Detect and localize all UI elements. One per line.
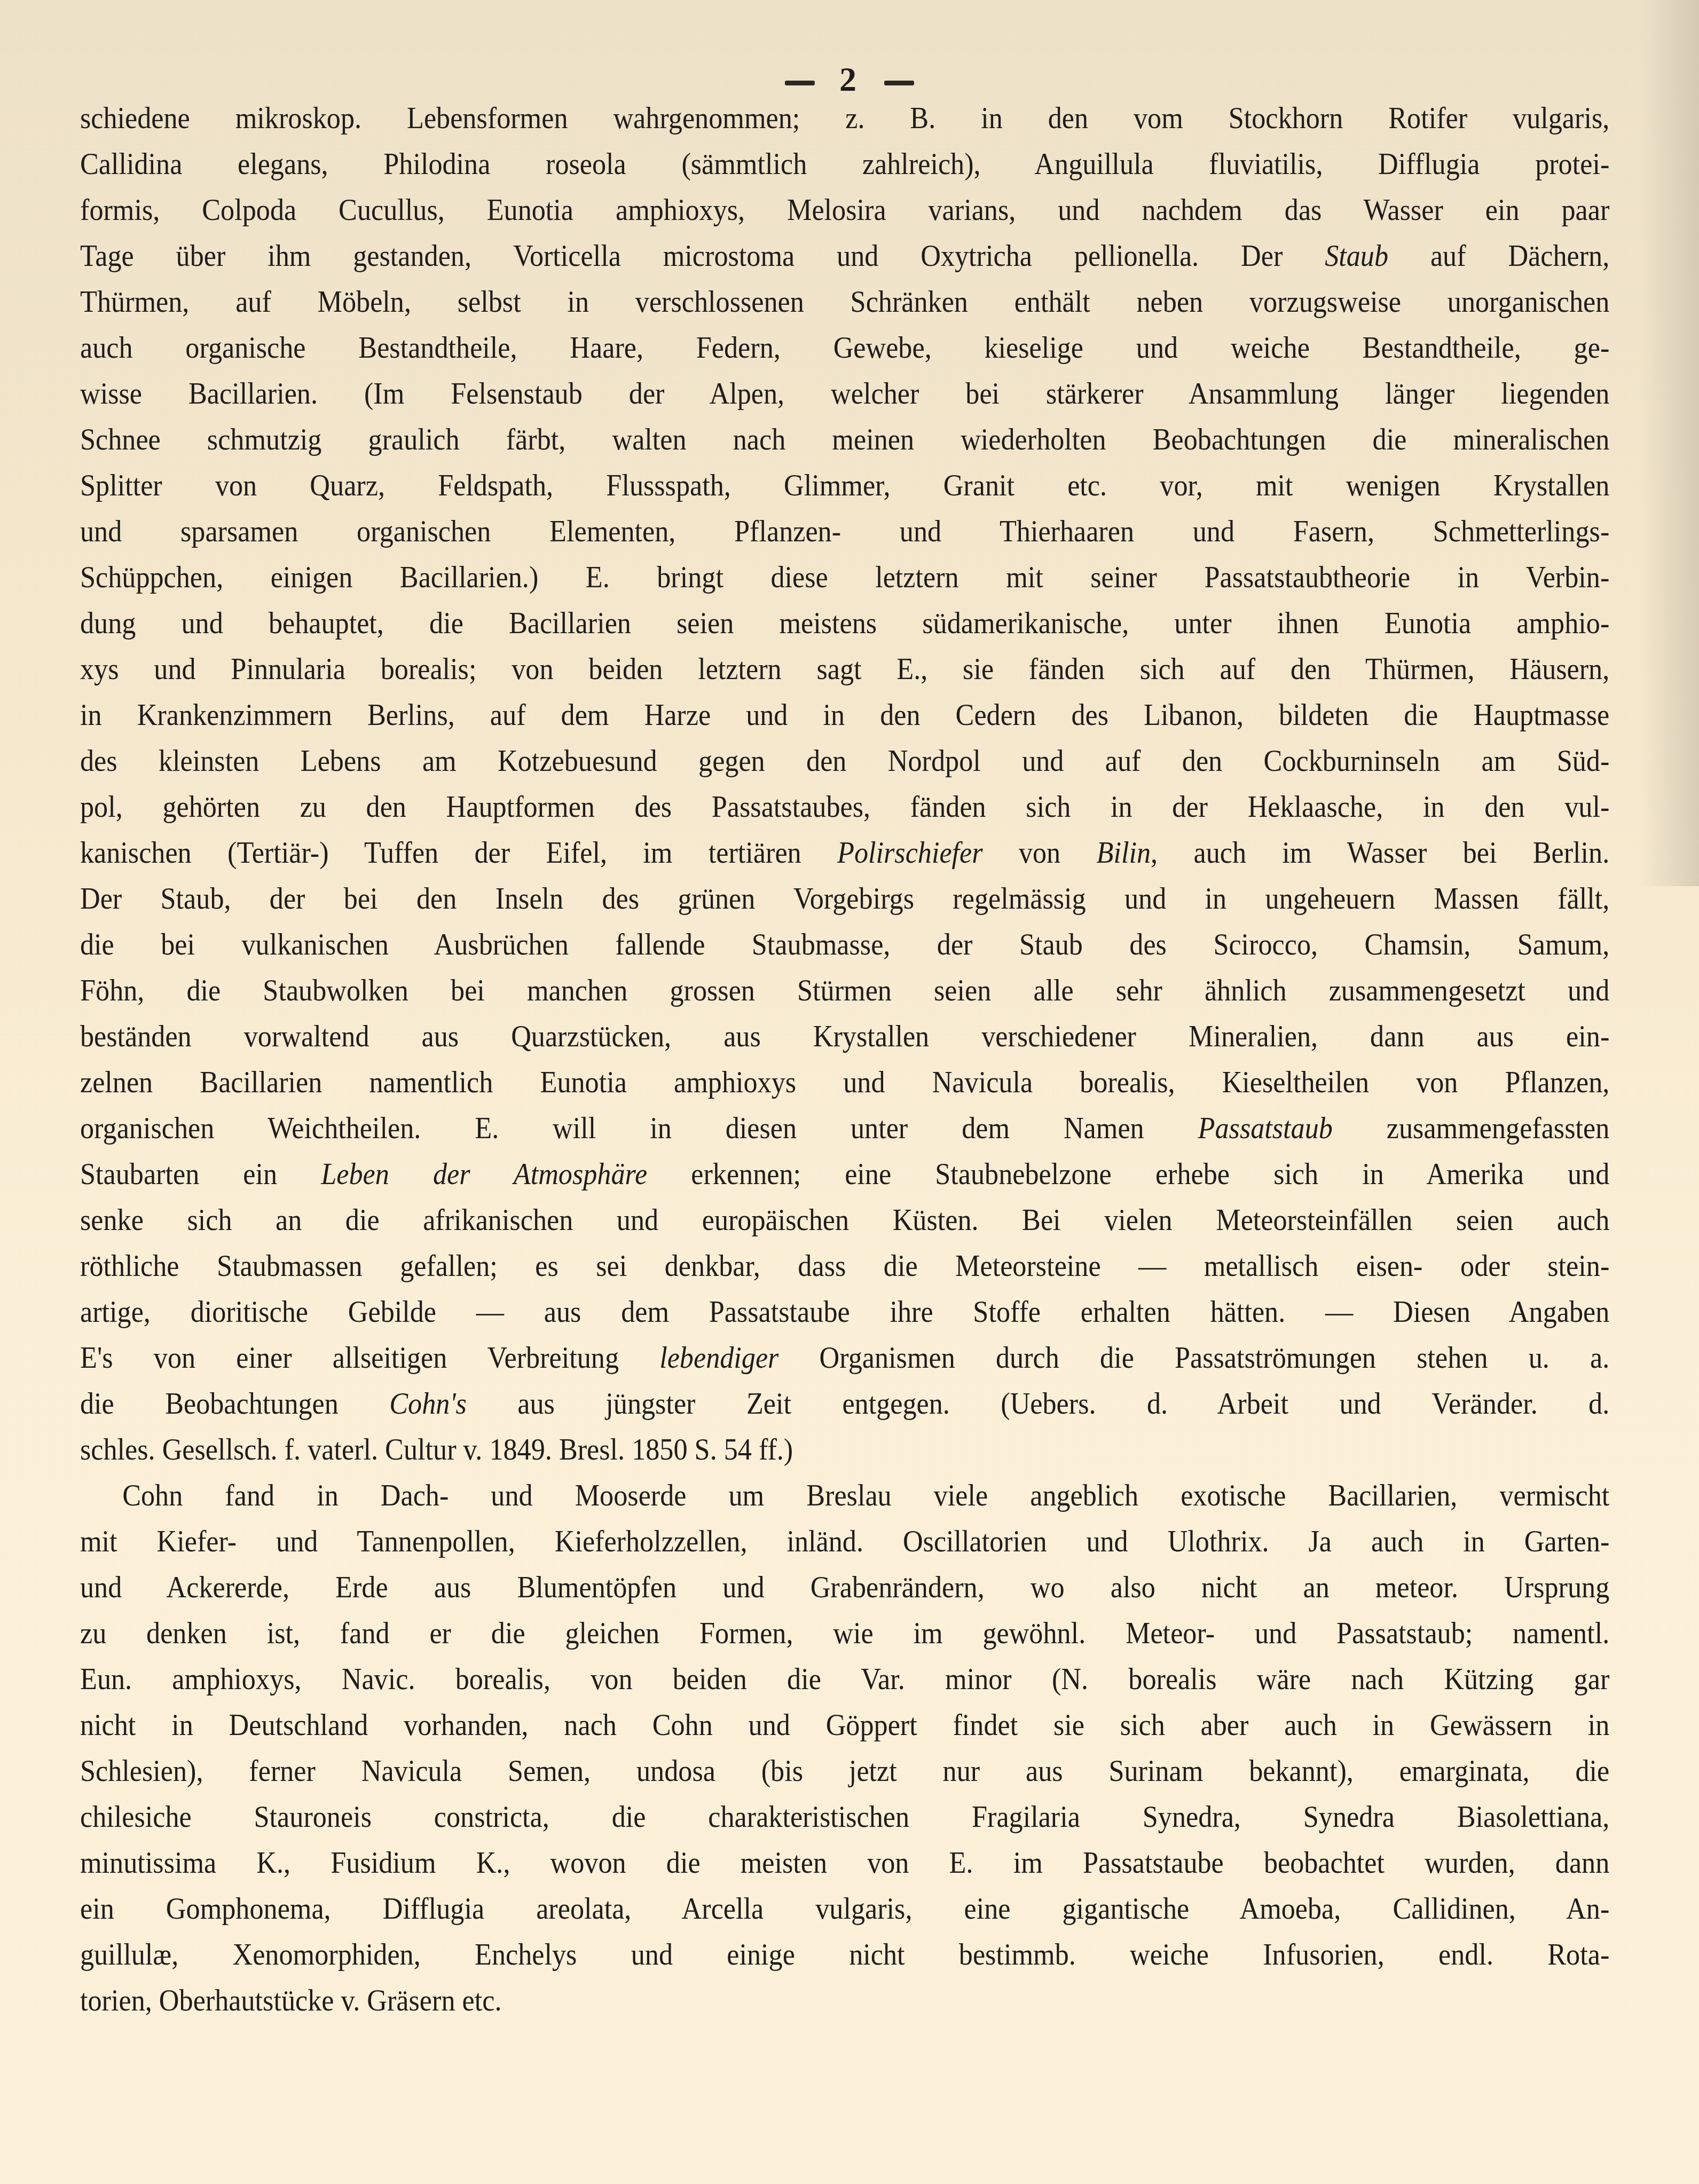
text-line: minutissima K., Fusidium K., wovon die m… [80,1840,1609,1886]
text-line: Schüppchen, einigen Bacillarien.) E. bri… [80,554,1609,600]
text-line: xys und Pinnularia borealis; von beiden … [80,646,1609,692]
text-line: Eun. amphioxys, Navic. borealis, von bei… [80,1656,1609,1702]
text-line: formis, Colpoda Cucullus, Eunotia amphio… [80,187,1609,233]
body-text: schiedene mikroskop. Lebensformen wahrge… [80,95,1608,2023]
text-line: nicht in Deutschland vorhanden, nach Coh… [80,1702,1609,1748]
text-line: pol, gehörten zu den Hauptformen des Pas… [80,784,1609,830]
italic-term: Polirschiefer [837,835,983,870]
text-line: Schnee schmutzig graulich färbt, walten … [80,416,1609,462]
text-line: zelnen Bacillarien namentlich Eunotia am… [80,1059,1609,1105]
text-line: die Beobachtungen Cohn's aus jüngster Ze… [80,1381,1609,1426]
text-line: schiedene mikroskop. Lebensformen wahrge… [80,95,1609,141]
text-line: Thürmen, auf Möbeln, selbst in verschlos… [80,279,1609,325]
text-line: Schlesien), ferner Navicula Semen, undos… [80,1748,1609,1794]
text-line: wisse Bacillarien. (Im Felsenstaub der A… [80,370,1609,416]
text-line: Splitter von Quarz, Feldspath, Flussspat… [80,462,1609,508]
text-line: E's von einer allseitigen Verbreitung le… [80,1335,1609,1381]
text-line: auch organische Bestandtheile, Haare, Fe… [80,325,1609,370]
text-line: röthliche Staubmassen gefallen; es sei d… [80,1243,1609,1289]
text-line: organischen Weichtheilen. E. will in die… [80,1105,1609,1151]
text-line: Staubarten ein Leben der Atmosphäre erke… [80,1151,1609,1197]
italic-term: Passatstaub [1198,1110,1333,1145]
text-line: schles. Gesellsch. f. vaterl. Cultur v. … [80,1426,1609,1472]
text-line: Callidina elegans, Philodina roseola (sä… [80,141,1609,187]
left-dash [785,81,815,85]
text-line: artige, dioritische Gebilde — aus dem Pa… [80,1289,1609,1335]
text-line: Der Staub, der bei den Inseln des grünen… [80,876,1609,921]
text-line: dung und behauptet, die Bacillarien seie… [80,600,1609,646]
right-dash [884,81,914,85]
italic-term: Bilin [1097,835,1151,870]
text-line: Föhn, die Staubwolken bei manchen grosse… [80,967,1609,1013]
text-line: des kleinsten Lebens am Kotzebuesund geg… [80,738,1609,784]
italic-term: lebendiger [659,1340,778,1375]
text-line: chilesiche Stauroneis constricta, die ch… [80,1794,1609,1840]
text-line: mit Kiefer- und Tannenpollen, Kieferholz… [80,1518,1609,1564]
text-line: beständen vorwaltend aus Quarzstücken, a… [80,1013,1609,1059]
text-line: die bei vulkanischen Ausbrüchen fallende… [80,921,1609,967]
page-edge-shadow [1640,0,1699,886]
text-line: und sparsamen organischen Elementen, Pfl… [80,508,1609,554]
text-line: zu denken ist, fand er die gleichen Form… [80,1610,1609,1656]
italic-term: Leben der Atmosphäre [321,1156,647,1191]
text-line: und Ackererde, Erde aus Blumentöpfen und… [80,1564,1609,1610]
text-line: kanischen (Tertiär-) Tuffen der Eifel, i… [80,830,1609,876]
text-line: ein Gomphonema, Difflugia areolata, Arce… [80,1886,1609,1931]
page-number-header: 2 [0,60,1699,99]
page-number: 2 [839,60,860,98]
text-line: senke sich an die afrikanischen und euro… [80,1197,1609,1243]
text-line: in Krankenzimmern Berlins, auf dem Harze… [80,692,1609,738]
text-line: Cohn fand in Dach- und Mooserde um Bresl… [80,1472,1609,1518]
italic-term: Cohn's [389,1386,467,1421]
document-page: 2 schiedene mikroskop. Lebensformen wahr… [0,0,1699,2184]
italic-term: Staub [1325,238,1388,273]
text-line: torien, Oberhautstücke v. Gräsern etc. [80,1977,1609,2023]
text-line: Tage über ihm gestanden, Vorticella micr… [80,233,1609,279]
text-line: guillulæ, Xenomorphiden, Enchelys und ei… [80,1931,1609,1977]
